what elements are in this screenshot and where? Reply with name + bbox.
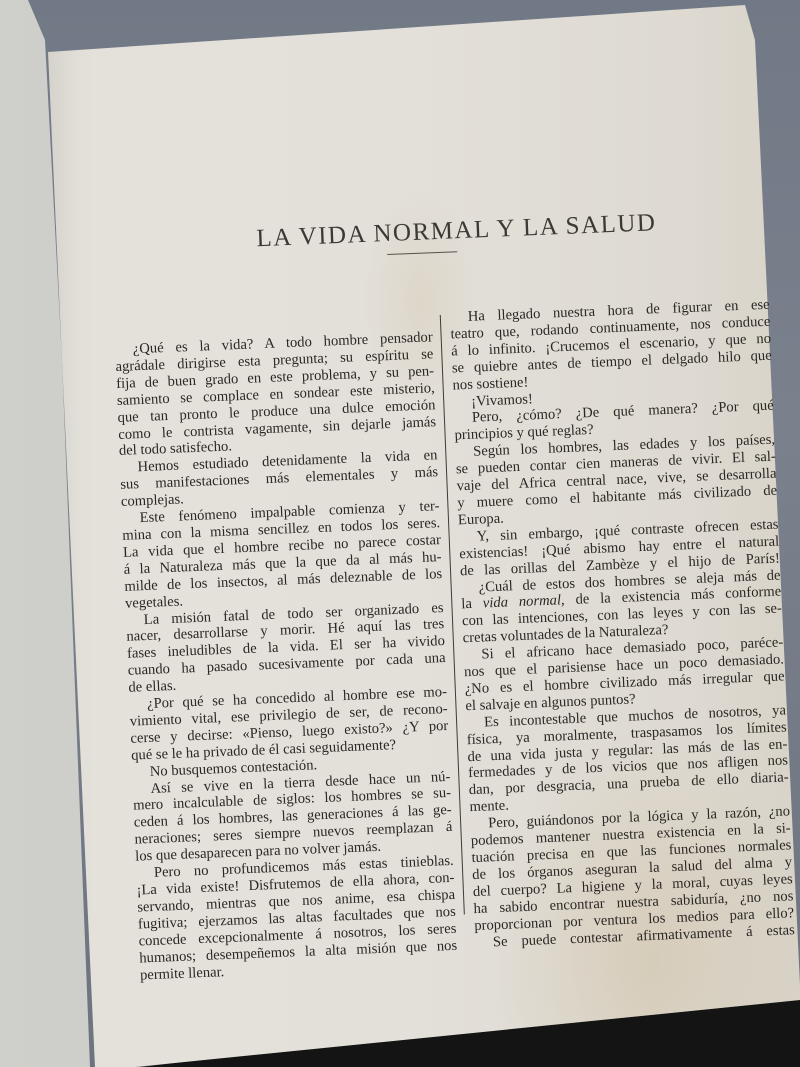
- title-divider: [387, 251, 457, 255]
- text-fragment: la: [461, 596, 472, 612]
- right-column: Ha llegado nuestra hora de figurar en es…: [450, 297, 796, 952]
- italic-term: vida normal: [483, 593, 562, 612]
- left-column: ¿Qué es la vida? A todo hombre pensador …: [115, 329, 459, 984]
- page-title: LA VIDA NORMAL Y LA SALUD: [206, 207, 707, 255]
- page-content: LA VIDA NORMAL Y LA SALUD ¿Qué es la vid…: [112, 152, 800, 978]
